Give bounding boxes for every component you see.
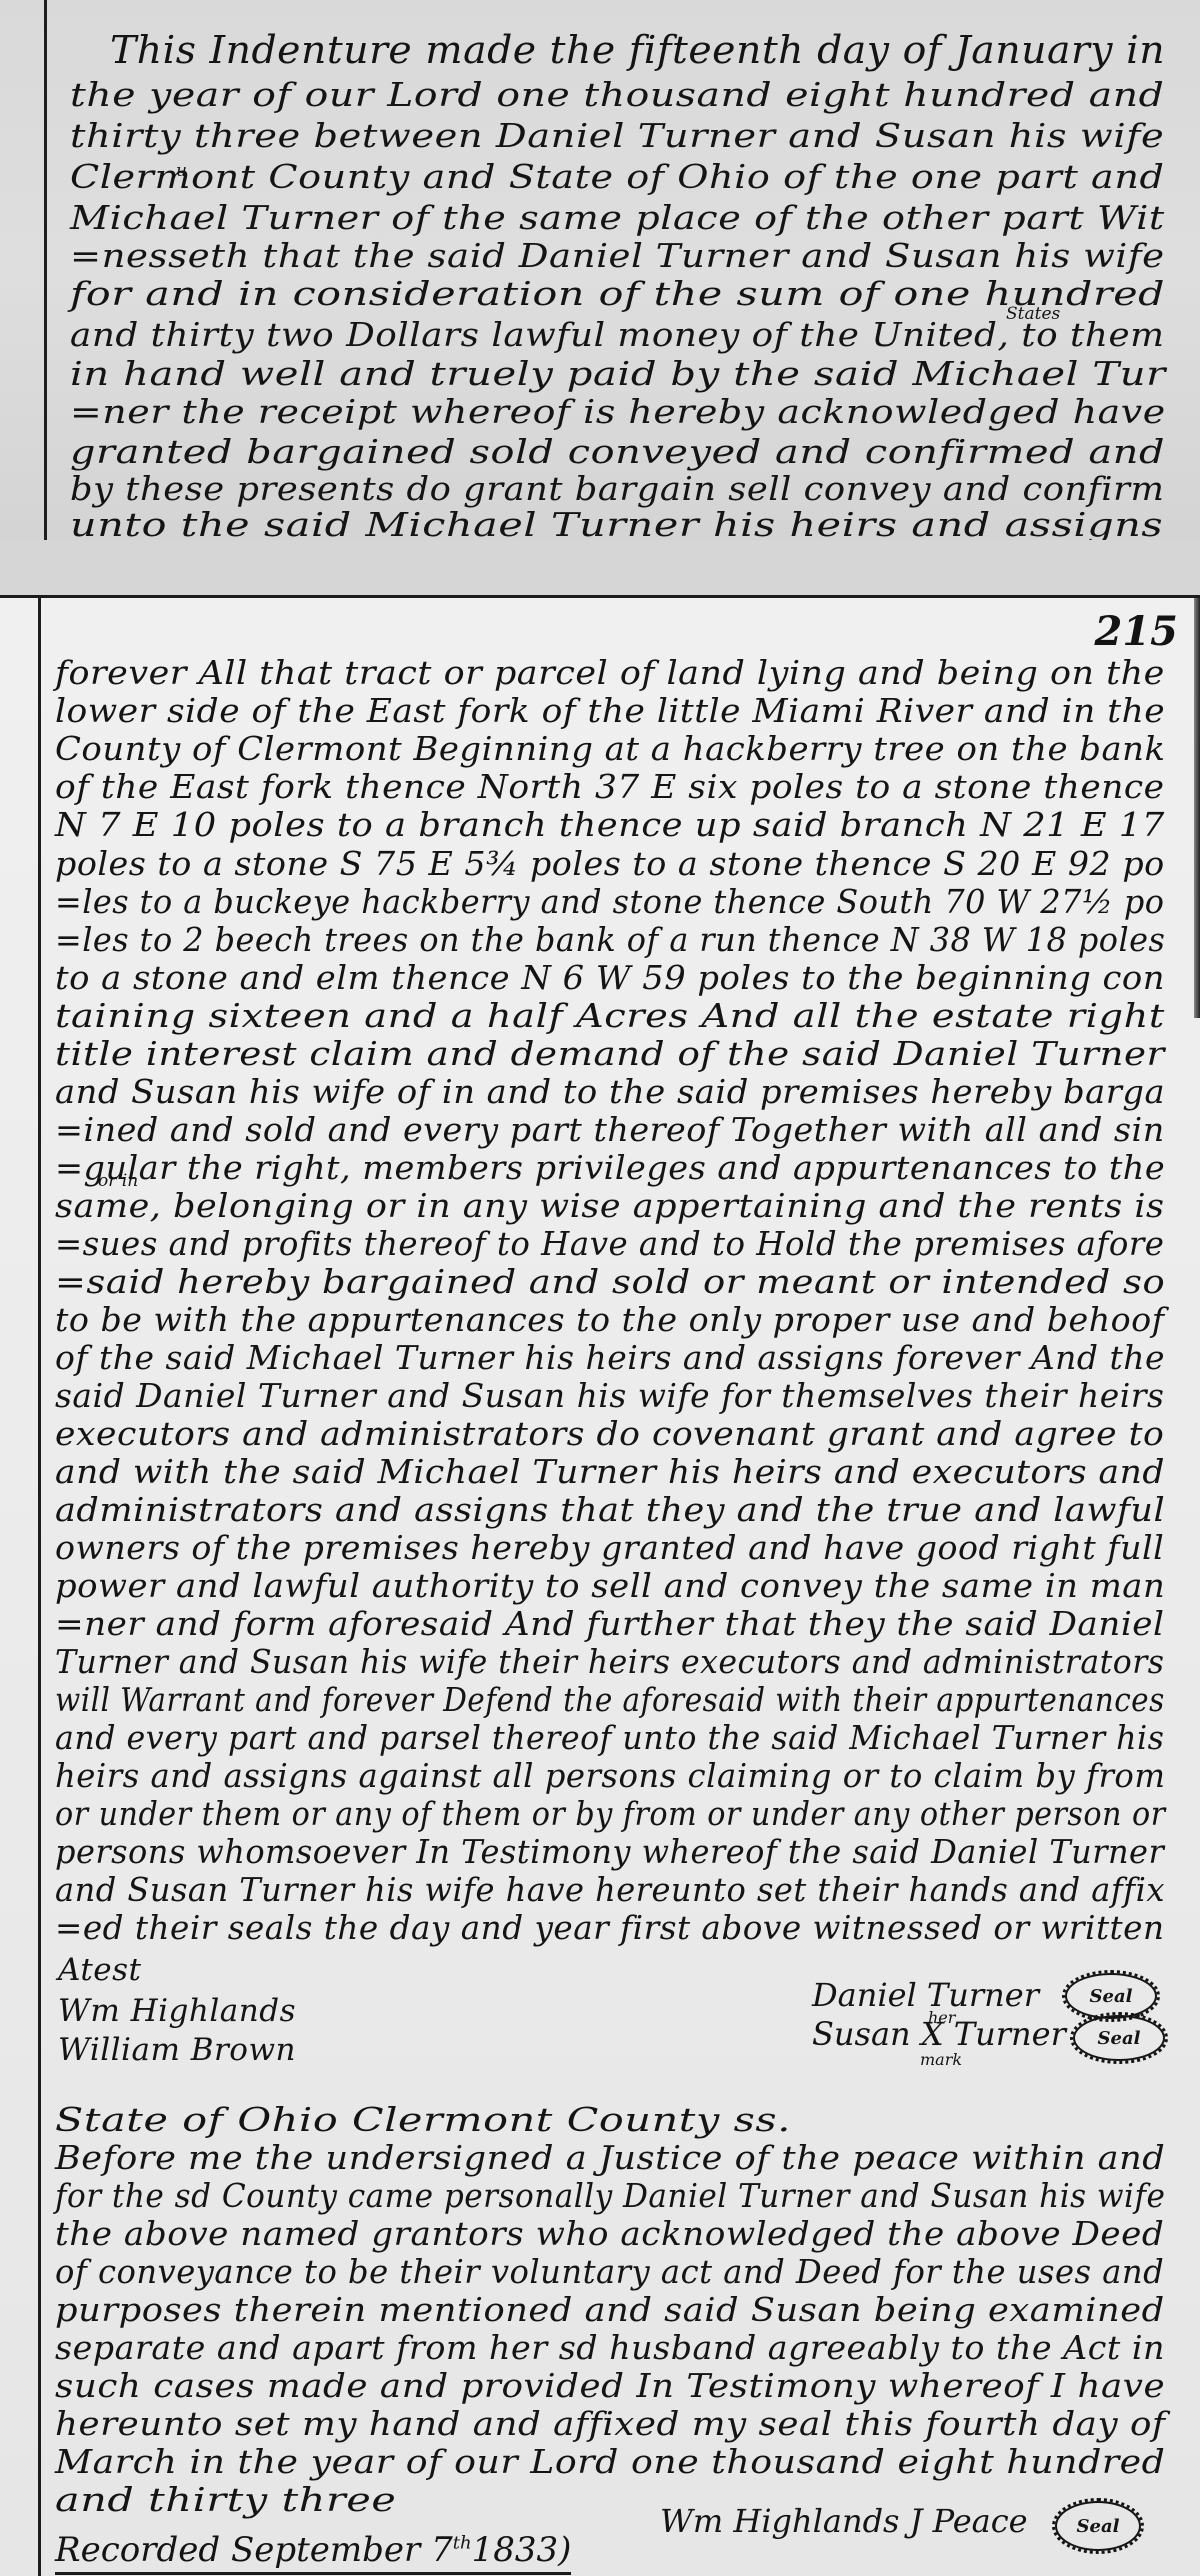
text-line: County of Clermont Beginning at a hackbe… bbox=[55, 729, 1166, 769]
seal-icon: Seal bbox=[1052, 2498, 1144, 2554]
text-line: persons whomsoever In Testimony whereof … bbox=[55, 1832, 1164, 1872]
text-line: the above named grantors who acknowledge… bbox=[55, 2214, 1164, 2254]
witness-name: William Brown bbox=[58, 2030, 296, 2070]
text-line: of conveyance to be their voluntary act … bbox=[55, 2252, 1164, 2292]
text-line: =les to a buckeye hackberry and stone th… bbox=[55, 882, 1164, 922]
text-line: to be with the appurtenances to the only… bbox=[55, 1300, 1165, 1340]
text-line: said Daniel Turner and Susan his wife fo… bbox=[55, 1376, 1164, 1416]
text-line: =ed their seals the day and year first a… bbox=[55, 1908, 1164, 1948]
text-line: poles to a stone S 75 E 5¾ poles to a st… bbox=[55, 844, 1165, 884]
signature-daniel-turner: Daniel Turner bbox=[812, 1976, 1039, 2014]
text-line: =ined and sold and every part thereof To… bbox=[55, 1110, 1165, 1150]
signature-justice-of-peace: Wm Highlands J Peace bbox=[660, 2502, 1028, 2540]
text-line: in hand well and truely paid by the said… bbox=[70, 354, 1166, 394]
text-line: thirty three between Daniel Turner and S… bbox=[70, 116, 1164, 156]
text-line: or under them or any of them or by from … bbox=[55, 1794, 1166, 1834]
text-line: Michael Turner of the same place of the … bbox=[70, 198, 1165, 238]
text-line: will Warrant and forever Defend the afor… bbox=[55, 1680, 1165, 1720]
interlinear-insert-or-in: or in bbox=[98, 1172, 138, 1190]
seal-icon: Seal bbox=[1070, 2012, 1168, 2064]
text-line: heirs and assigns against all persons cl… bbox=[55, 1756, 1165, 1796]
text-line: for and in consideration of the sum of o… bbox=[70, 274, 1165, 314]
ledger-page-bottom: 215 forever All that tract or parcel of … bbox=[0, 595, 1200, 2576]
text-line: N 7 E 10 poles to a branch thence up sai… bbox=[55, 805, 1165, 845]
recorded-suffix: th bbox=[453, 2533, 472, 2554]
text-line: same, belonging or in any wise appertain… bbox=[55, 1186, 1165, 1226]
text-line: hereunto set my hand and affixed my seal… bbox=[55, 2404, 1166, 2444]
mark-label-her: her bbox=[928, 2008, 955, 2027]
text-line: Turner and Susan his wife their heirs ex… bbox=[55, 1642, 1164, 1682]
text-line: and Susan his wife of in and to the said… bbox=[55, 1072, 1165, 1112]
text-line: =gular the right, members privileges and… bbox=[55, 1148, 1165, 1188]
text-line: for the sd County came personally Daniel… bbox=[55, 2176, 1165, 2216]
text-line: State of Ohio Clermont County ss. bbox=[55, 2100, 791, 2140]
text-line: and with the said Michael Turner his hei… bbox=[55, 1452, 1165, 1492]
text-line: forever All that tract or parcel of land… bbox=[55, 653, 1165, 693]
text-line: separate and apart from her sd husband a… bbox=[55, 2328, 1165, 2368]
interlinear-insert-u: u bbox=[176, 162, 187, 180]
text-line: power and lawful authority to sell and c… bbox=[55, 1566, 1165, 1606]
text-line: purposes therein mentioned and said Susa… bbox=[55, 2290, 1165, 2330]
text-line: granted bargained sold conveyed and conf… bbox=[70, 432, 1165, 472]
text-line: by these presents do grant bargain sell … bbox=[70, 469, 1164, 509]
text-line: and thirty two Dollars lawful money of t… bbox=[70, 315, 1165, 355]
text-line: and every part and parsel thereof unto t… bbox=[55, 1718, 1164, 1758]
text-line: of the said Michael Turner his heirs and… bbox=[55, 1338, 1165, 1378]
text-line: and thirty three bbox=[55, 2480, 396, 2520]
text-line: =ner the receipt whereof is hereby ackno… bbox=[70, 392, 1166, 432]
text-line: owners of the premises hereby granted an… bbox=[55, 1528, 1164, 1568]
margin-rule bbox=[44, 0, 47, 540]
text-line: =les to 2 beech trees on the bank of a r… bbox=[55, 920, 1165, 960]
text-line: such cases made and provided In Testimon… bbox=[55, 2366, 1165, 2406]
ledger-page-top: This Indenture made the fifteenth day of… bbox=[0, 0, 1200, 540]
recorded-date: Recorded September 7th1833) bbox=[55, 2530, 571, 2575]
text-line: March in the year of our Lord one thousa… bbox=[55, 2442, 1165, 2482]
text-line: and Susan Turner his wife have hereunto … bbox=[55, 1870, 1165, 1910]
recorded-year: 1833) bbox=[472, 2530, 572, 2570]
page-number: 215 bbox=[1095, 608, 1179, 655]
text-line: =nesseth that the said Daniel Turner and… bbox=[70, 236, 1165, 276]
page-gap bbox=[0, 540, 1200, 595]
attest-label: Atest bbox=[58, 1950, 142, 1990]
text-line: title interest claim and demand of the s… bbox=[55, 1034, 1165, 1074]
text-line: =said hereby bargained and sold or meant… bbox=[55, 1262, 1165, 1302]
text-line: Before me the undersigned a Justice of t… bbox=[55, 2138, 1165, 2178]
text-line: Clermont County and State of Ohio of the… bbox=[70, 157, 1164, 197]
text-line: executors and administrators do covenant… bbox=[55, 1414, 1164, 1454]
text-line: unto the said Michael Turner his heirs a… bbox=[70, 505, 1163, 540]
text-line: the year of our Lord one thousand eight … bbox=[70, 75, 1164, 115]
text-line: This Indenture made the fifteenth day of… bbox=[110, 30, 1165, 70]
text-line: =ner and form aforesaid And further that… bbox=[55, 1604, 1164, 1644]
text-line: lower side of the East fork of the littl… bbox=[55, 691, 1165, 731]
mark-label: mark bbox=[920, 2050, 962, 2069]
witness-name: Wm Highlands bbox=[58, 1991, 296, 2031]
text-line: taining sixteen and a half Acres And all… bbox=[55, 996, 1165, 1036]
recorded-text: Recorded September 7 bbox=[55, 2530, 453, 2570]
interlinear-insert-states: States bbox=[1006, 305, 1060, 323]
text-line: to a stone and elm thence N 6 W 59 poles… bbox=[55, 958, 1165, 998]
text-line: of the East fork thence North 37 E six p… bbox=[55, 767, 1165, 807]
text-line: =sues and profits thereof to Have and to… bbox=[55, 1224, 1164, 1264]
margin-rule bbox=[38, 598, 41, 2576]
text-line: administrators and assigns that they and… bbox=[55, 1490, 1165, 1530]
